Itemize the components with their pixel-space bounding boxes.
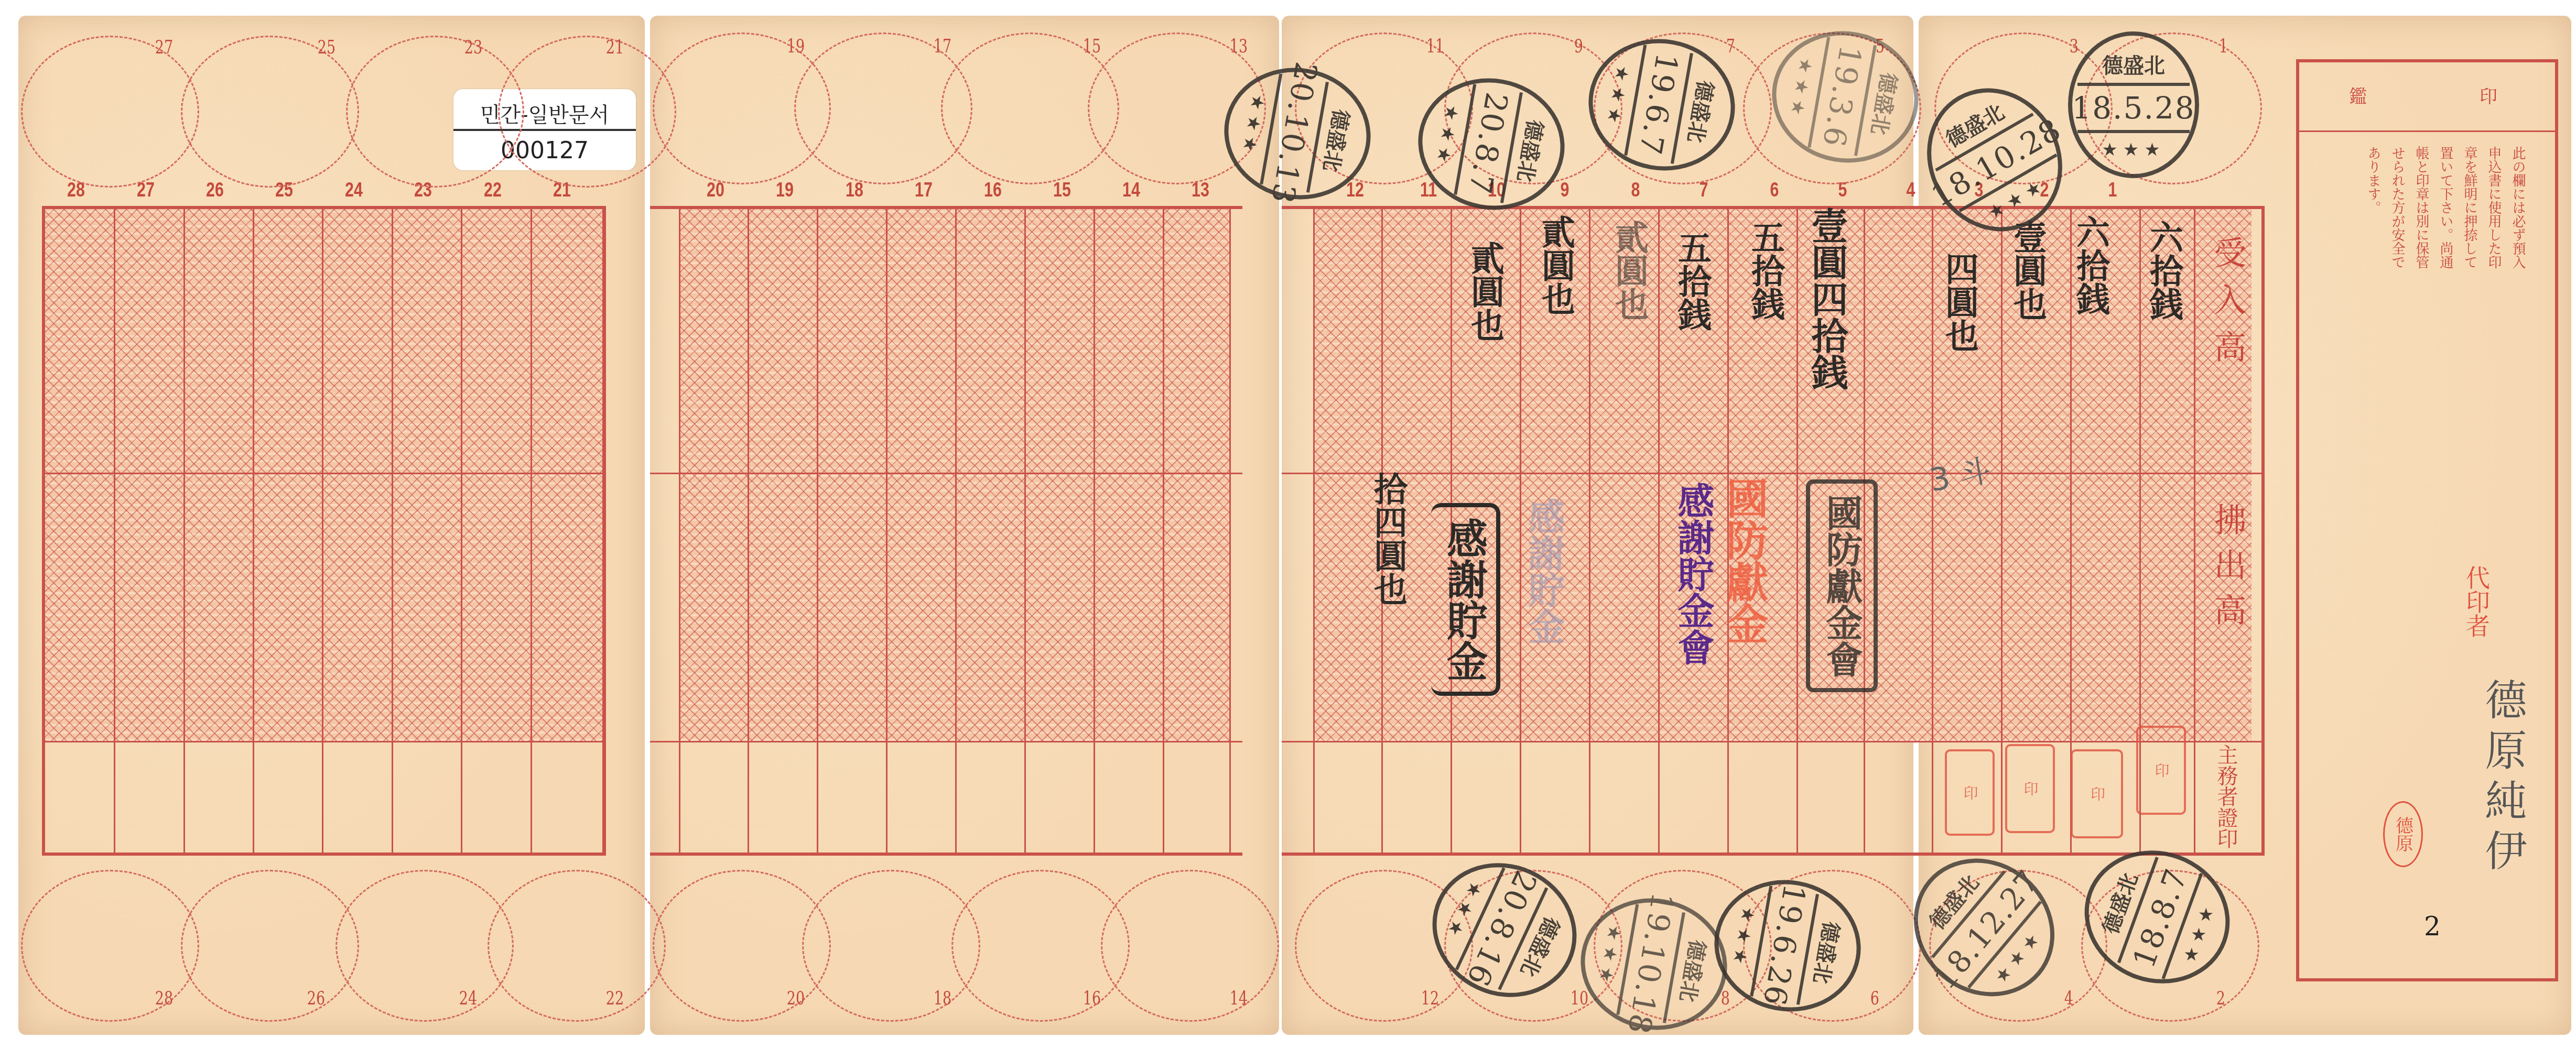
withdrawal-stamp-black: 感謝貯金 [1431,503,1500,696]
col-divider [886,209,887,853]
col-divider [183,209,185,853]
page-number: 2 [2424,911,2441,942]
withdrawal-stamp-red: 國防獻金 [1714,477,1774,644]
col-divider [1658,209,1660,853]
circle-number: 11 [1426,36,1444,57]
row-divider [1282,473,2261,474]
stamp-circle [488,870,666,1022]
column-number: 9 [1552,179,1577,202]
circle-number: 28 [155,988,173,1009]
proxy-seal-label: 代印者 [2459,565,2494,638]
circle-number: 26 [307,988,325,1009]
col-divider [253,209,254,853]
officer-seal: 印 [2136,726,2186,815]
row-divider [45,741,602,742]
circle-number: 9 [1574,36,1583,57]
circle-number: 14 [1230,988,1248,1009]
stamp-circle [1101,870,1279,1022]
circle-number: 20 [787,988,805,1009]
col-divider [392,209,393,853]
entry-col-1: 六拾銭 [2147,220,2180,321]
ledger-grid-panel-2 [650,206,1242,856]
entry-col-3: 四圓也 [1942,252,1976,352]
col-divider [531,209,532,853]
row-divider [45,473,602,474]
col-divider [461,209,462,853]
col-divider [1229,209,1231,853]
entry-col-6: 五拾銭 [1748,220,1782,321]
column-number: 16 [980,179,1005,202]
stamp-circle [346,36,524,188]
circle-number: 7 [1726,36,1735,57]
circle-number: 17 [934,36,951,57]
circle-number: 1 [2219,36,2228,57]
postmark-top: 德盛北 18.5.28 ★★★ [2068,31,2199,178]
withdrawal-stamp-boxed: 國防獻金會 [1806,479,1878,692]
column-number: 22 [480,179,505,202]
proxy-name-handwritten: 德原純伊 [2472,678,2532,879]
col-divider [1313,209,1315,853]
seal-instructions: 此の欄には必ず預入 申込書に使用した印 章を鮮明に押捺して 置いて下さい。尚通 … [2361,146,2530,269]
entry-col-2b: 壹圓也 [2010,220,2044,321]
withdrawal-stamp-lavender: 感謝貯金 [1518,498,1571,644]
circle-number: 10 [1571,988,1588,1009]
col-divider [955,209,957,853]
col-divider [322,209,323,853]
col-divider [2194,209,2195,853]
deposit-hatch-area [679,209,1229,741]
seal-registration-box: 印 鑑 此の欄には必ず預入 申込書に使用した印 章を鮮明に押捺して 置いて下さい… [2296,59,2558,981]
stamp-circle [498,36,676,188]
circle-number: 23 [464,37,482,58]
column-number: 1 [2100,179,2125,202]
circle-number: 2 [2216,988,2225,1009]
col-divider [679,209,680,853]
circle-number: 21 [606,37,624,58]
column-number: 4 [1898,179,1923,202]
officer-seal: 印 [1945,749,1995,836]
stamp-circle [335,870,514,1022]
seal-header-left: 鑑 [2349,82,2367,108]
officer-seal: 印 [2071,749,2123,838]
col-divider [114,209,115,853]
row-divider [650,741,1242,742]
stamp-circle [181,870,359,1022]
deposit-hatch-area [45,209,602,741]
col-divider [748,209,749,853]
entry-col-8: 貳圓也 [1612,220,1646,321]
circle-number: 22 [606,988,624,1009]
row-divider [650,473,1242,474]
seal-header-right: 印 [2480,82,2497,108]
panel-1-right-rule [604,206,606,856]
col-divider [1589,209,1590,853]
stamp-circle [181,36,359,188]
circle-number: 13 [1230,36,1248,57]
col-divider [2001,209,2003,853]
column-number: 24 [341,179,366,202]
entry-col-7: 五拾銭 [1675,231,1708,331]
withdrawal-stamp-purple: 感謝貯金會 [1667,482,1720,665]
column-number: 17 [911,179,936,202]
entry-col-12-withdrawal: 拾四圓也 [1371,472,1404,606]
circle-number: 15 [1083,36,1101,57]
circle-number: 27 [155,37,173,58]
stamp-circle [21,36,199,188]
row-label-withdrawal: 拂出高 [2204,503,2251,638]
circle-number: 12 [1421,988,1439,1009]
column-number: 19 [772,179,797,202]
seal-box-header: 印 鑑 [2299,62,2555,132]
column-number: 26 [202,179,228,202]
entry-col-10: 貳圓也 [1468,241,1501,342]
column-number: 8 [1623,179,1648,202]
col-divider [817,209,818,853]
circle-number: 25 [318,37,335,58]
circle-number: 16 [1083,988,1101,1009]
circle-number: 18 [934,988,951,1009]
circle-number: 6 [1870,988,1879,1009]
ledger-grid-panel-1 [42,206,605,856]
entry-col-5: 壹圓四拾銭 [1809,207,1845,390]
circle-number: 19 [787,36,805,57]
row-divider [1282,741,2261,742]
row-label-officer-seal: 主務者證印 [2211,744,2241,849]
col-divider [1796,209,1798,853]
circle-number: 24 [459,988,477,1009]
row-label-deposit: 受入高 [2204,236,2251,377]
col-divider [1163,209,1164,853]
column-number: 14 [1119,179,1144,202]
col-divider [1024,209,1026,853]
officer-seal: 印 [2005,744,2055,833]
column-number: 6 [1762,179,1787,202]
col-divider [1932,209,1933,853]
personal-seal: 德原 [2383,801,2423,867]
column-number: 15 [1049,179,1075,202]
entry-col-2: 六拾銭 [2073,215,2107,315]
col-divider [1094,209,1095,853]
circle-number: 4 [2064,988,2073,1009]
entry-col-9: 貳圓也 [1539,215,1572,315]
